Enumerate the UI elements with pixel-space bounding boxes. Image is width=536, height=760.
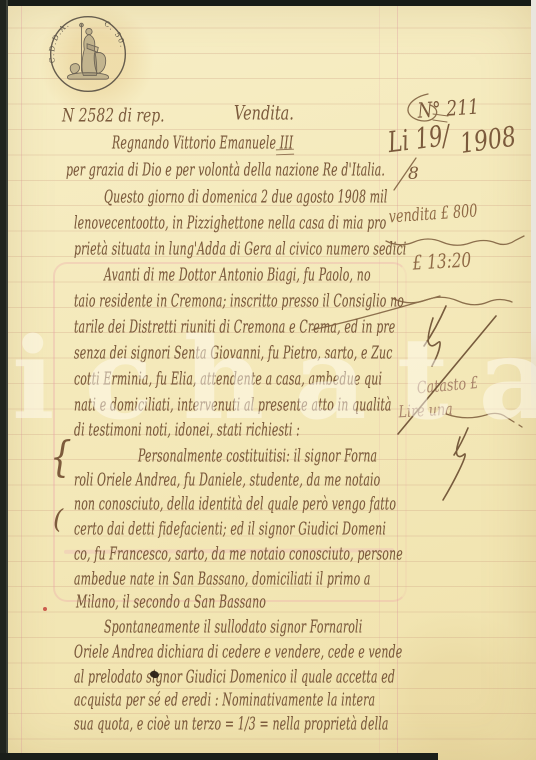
consiglio-swash [312,296,440,330]
pen-flourishes [0,0,536,760]
scan-edge-top [0,0,531,6]
act-number-flourish [408,94,437,121]
notary-paraph [443,428,468,500]
price-underline-wave [386,236,524,245]
scanned-document: C.D.D.A. C. 50. N 2582 di rep. Vendita. … [0,0,536,760]
scan-edge-bottom [0,753,438,760]
lire-flourish [446,413,522,427]
date-fraction-slash [394,158,416,190]
scan-edge-right [531,0,536,420]
notary-paraph [424,306,446,366]
scan-edge-left [0,0,8,760]
red-dot-mark [43,607,47,611]
